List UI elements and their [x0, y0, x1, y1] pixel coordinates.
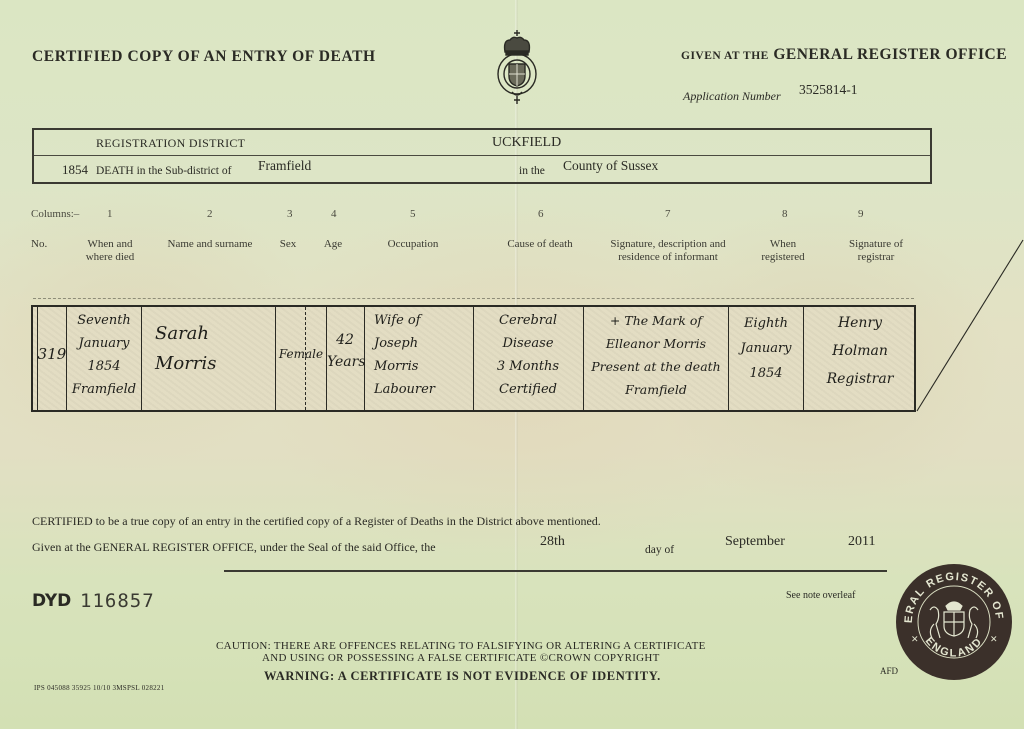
column-number-1: 1: [107, 208, 113, 220]
entry-number: 319: [36, 343, 68, 365]
given-at-small: GIVEN AT THE: [681, 50, 769, 62]
entry-top-dashed-line: [33, 298, 914, 299]
column-header-cause: Cause of death: [500, 238, 580, 251]
see-note-overleaf: See note overleaf: [786, 590, 855, 601]
entry-cause-of-death: Cerebral Disease 3 Months Certified: [475, 309, 581, 401]
column-header-no: No.: [31, 238, 51, 251]
royal-crest-icon: [494, 28, 540, 106]
certified-day: 28th: [540, 534, 565, 550]
entry-sex: Female: [277, 343, 325, 365]
district-box: REGISTRATION DISTRICT UCKFIELD 1854 DEAT…: [32, 128, 932, 184]
entry-age: 42 Years: [327, 329, 363, 373]
columns-label: Columns:–: [31, 208, 79, 220]
certificate-title: CERTIFIED COPY OF AN ENTRY OF DEATH: [32, 48, 376, 66]
entry-when-registered: Eighth January 1854: [730, 311, 802, 386]
column-divider: [275, 307, 276, 410]
caution-line-2: AND USING OR POSSESSING A FALSE CERTIFIC…: [216, 652, 706, 664]
identity-warning: WARNING: A CERTIFICATE IS NOT EVIDENCE O…: [264, 669, 661, 684]
registration-year: 1854: [62, 162, 88, 178]
column-header-age: Age: [318, 238, 348, 251]
signature-line: [224, 570, 887, 572]
column-divider: [803, 307, 804, 410]
entry-name: Sarah Morris: [143, 319, 273, 379]
entry-row: 319 Seventh January 1854 Framfield Sarah…: [31, 305, 916, 412]
caution-notice: CAUTION: THERE ARE OFFENCES RELATING TO …: [216, 640, 706, 664]
district-divider: [34, 155, 930, 156]
column-number-9: 9: [858, 208, 864, 220]
caution-line-1: CAUTION: THERE ARE OFFENCES RELATING TO …: [216, 640, 706, 652]
column-divider: [728, 307, 729, 410]
column-header-when-where: When and where died: [75, 238, 145, 264]
given-at-statement: Given at the GENERAL REGISTER OFFICE, un…: [32, 540, 436, 555]
svg-text:✕: ✕: [911, 635, 919, 645]
gro-seal-icon: GENERAL REGISTER OFFICE ENGLAND ✕ ✕: [894, 562, 1014, 682]
registration-district-label: REGISTRATION DISTRICT: [96, 136, 245, 151]
day-of-label: day of: [645, 544, 674, 556]
column-divider: [473, 307, 474, 410]
column-header-sex: Sex: [275, 238, 301, 251]
column-divider: [583, 307, 584, 410]
void-diagonal-line: [915, 238, 1024, 413]
column-number-2: 2: [207, 208, 213, 220]
general-register-office: GENERAL REGISTER OFFICE: [773, 46, 1007, 63]
column-number-6: 6: [538, 208, 544, 220]
column-header-informant: Signature, description and residence of …: [603, 238, 733, 264]
given-at-heading: GIVEN AT THE GENERAL REGISTER OFFICE: [681, 46, 1007, 64]
entry-when-where-died: Seventh January 1854 Framfield: [67, 309, 141, 401]
column-header-when-registered: When registered: [755, 238, 811, 264]
registration-district-value: UCKFIELD: [492, 135, 561, 151]
application-number: 3525814-1: [799, 82, 858, 98]
column-number-7: 7: [665, 208, 671, 220]
subdistrict-value: Framfield: [258, 158, 311, 174]
entry-registrar-signature: Henry Holman Registrar: [805, 309, 915, 393]
county-value: County of Sussex: [563, 158, 658, 174]
column-number-8: 8: [782, 208, 788, 220]
entry-occupation: Wife of Joseph Morris Labourer: [366, 309, 472, 401]
column-header-occupation: Occupation: [380, 238, 446, 251]
certified-year: 2011: [848, 534, 875, 550]
certified-month: September: [725, 534, 785, 550]
serial-number: 116857: [80, 590, 155, 612]
column-number-5: 5: [410, 208, 416, 220]
column-number-3: 3: [287, 208, 293, 220]
in-the-label: in the: [519, 165, 545, 177]
print-code: IPS 045088 35925 10/10 3MSPSL 028221: [34, 684, 165, 692]
column-number-4: 4: [331, 208, 337, 220]
application-number-label: Application Number: [683, 89, 781, 104]
subdistrict-label: DEATH in the Sub-district of: [96, 165, 231, 177]
entry-informant: + The Mark of Elleanor Morris Present at…: [585, 309, 727, 401]
svg-text:✕: ✕: [990, 635, 998, 645]
column-header-name: Name and surname: [160, 238, 260, 251]
certification-statement: CERTIFIED to be a true copy of an entry …: [32, 514, 601, 529]
serial-prefix: DYD: [32, 591, 71, 611]
column-divider: [141, 307, 142, 410]
column-header-registrar: Signature of registrar: [840, 238, 912, 264]
